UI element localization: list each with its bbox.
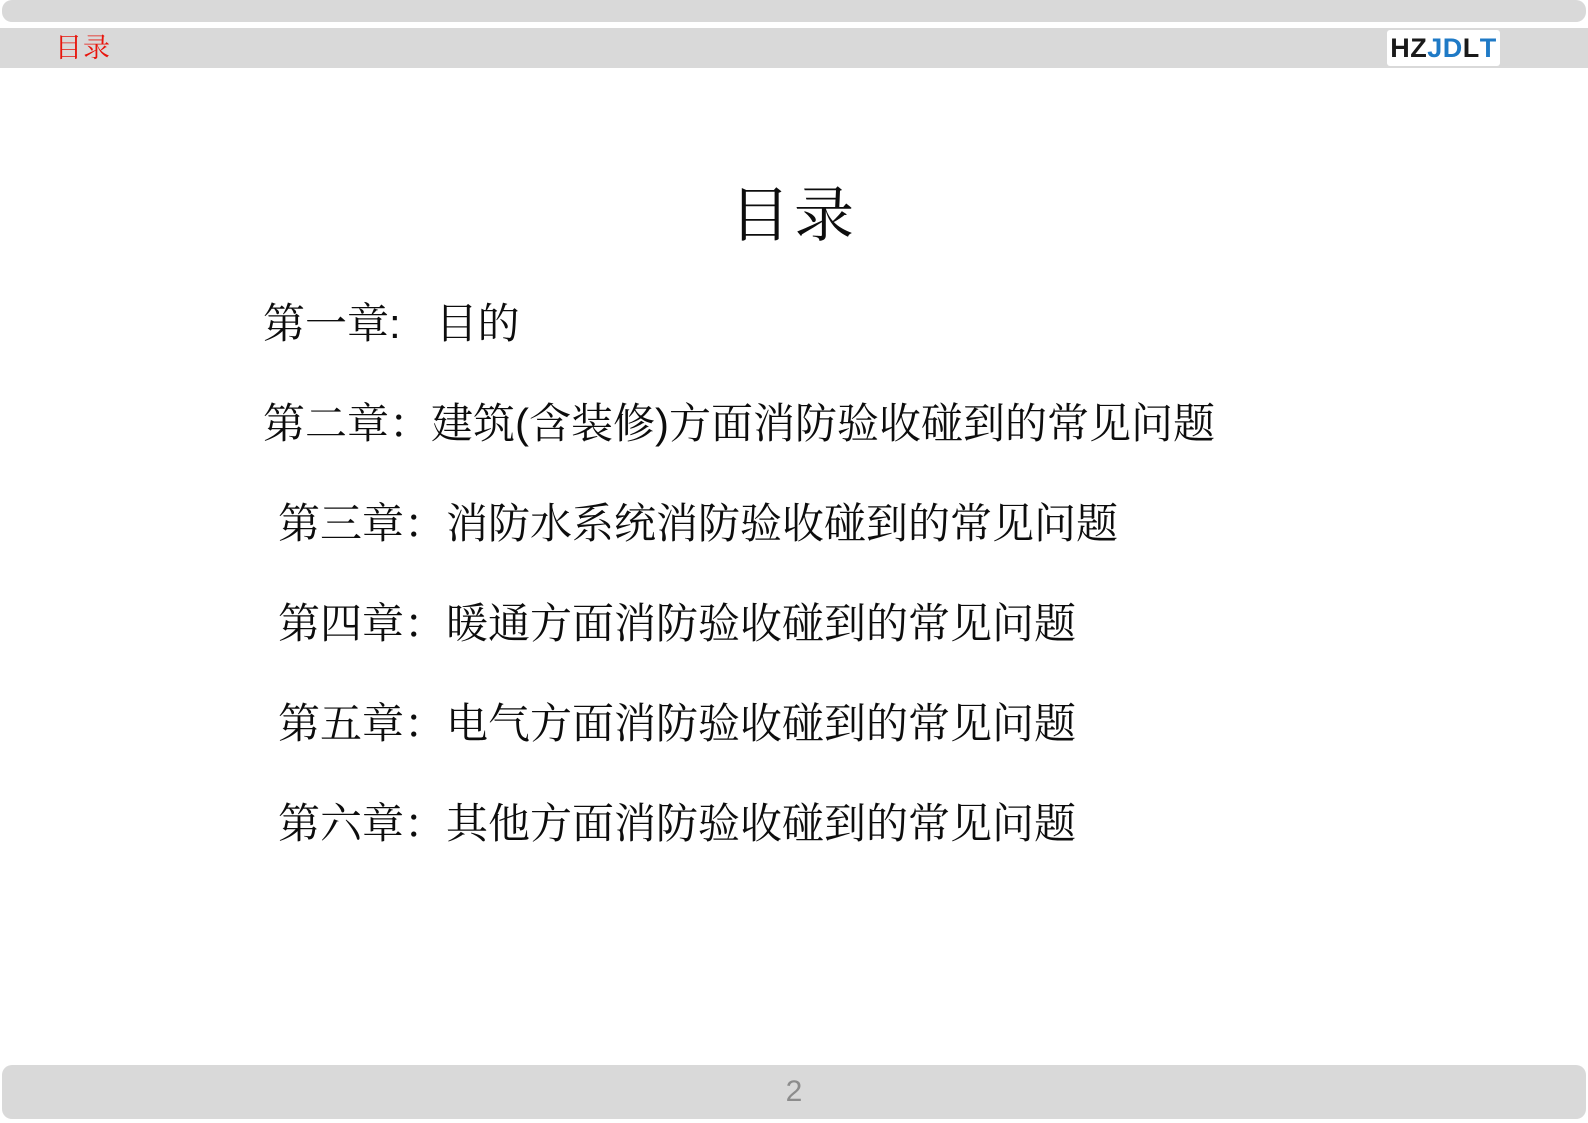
toc-item-chapter-6: 第六章：其他方面消防验收碰到的常见问题 [263,797,1463,850]
footer-bar: 2 [2,1065,1586,1119]
header-bar: 目录 H Z J D L T [0,28,1588,68]
top-accent-bar [2,0,1586,22]
toc-item-chapter-3: 第三章：消防水系统消防验收碰到的常见问题 [263,497,1463,550]
toc-item-chapter-4: 第四章：暖通方面消防验收碰到的常见问题 [263,597,1463,650]
page-title: 目录 [0,168,1588,254]
toc-list: 第一章: 目的 第二章：建筑(含装修)方面消防验收碰到的常见问题 第三章：消防水… [263,297,1463,897]
logo-letter: L [1463,35,1480,62]
header-section-label: 目录 [55,28,111,68]
logo-letter: J [1427,35,1443,62]
toc-item-chapter-2: 第二章：建筑(含装修)方面消防验收碰到的常见问题 [263,397,1463,450]
logo-letter: D [1443,35,1463,62]
toc-item-chapter-1: 第一章: 目的 [263,297,1463,350]
logo-letter: T [1480,35,1497,62]
toc-item-chapter-5: 第五章：电气方面消防验收碰到的常见问题 [263,697,1463,750]
page-number: 2 [2,1065,1586,1119]
logo-letter: Z [1410,35,1427,62]
logo-letter: H [1390,35,1410,62]
logo-hzjdlt: H Z J D L T [1387,30,1500,66]
slide: 目录 H Z J D L T 目录 第一章: 目的 第二章：建筑(含装修)方面消… [0,0,1588,1123]
